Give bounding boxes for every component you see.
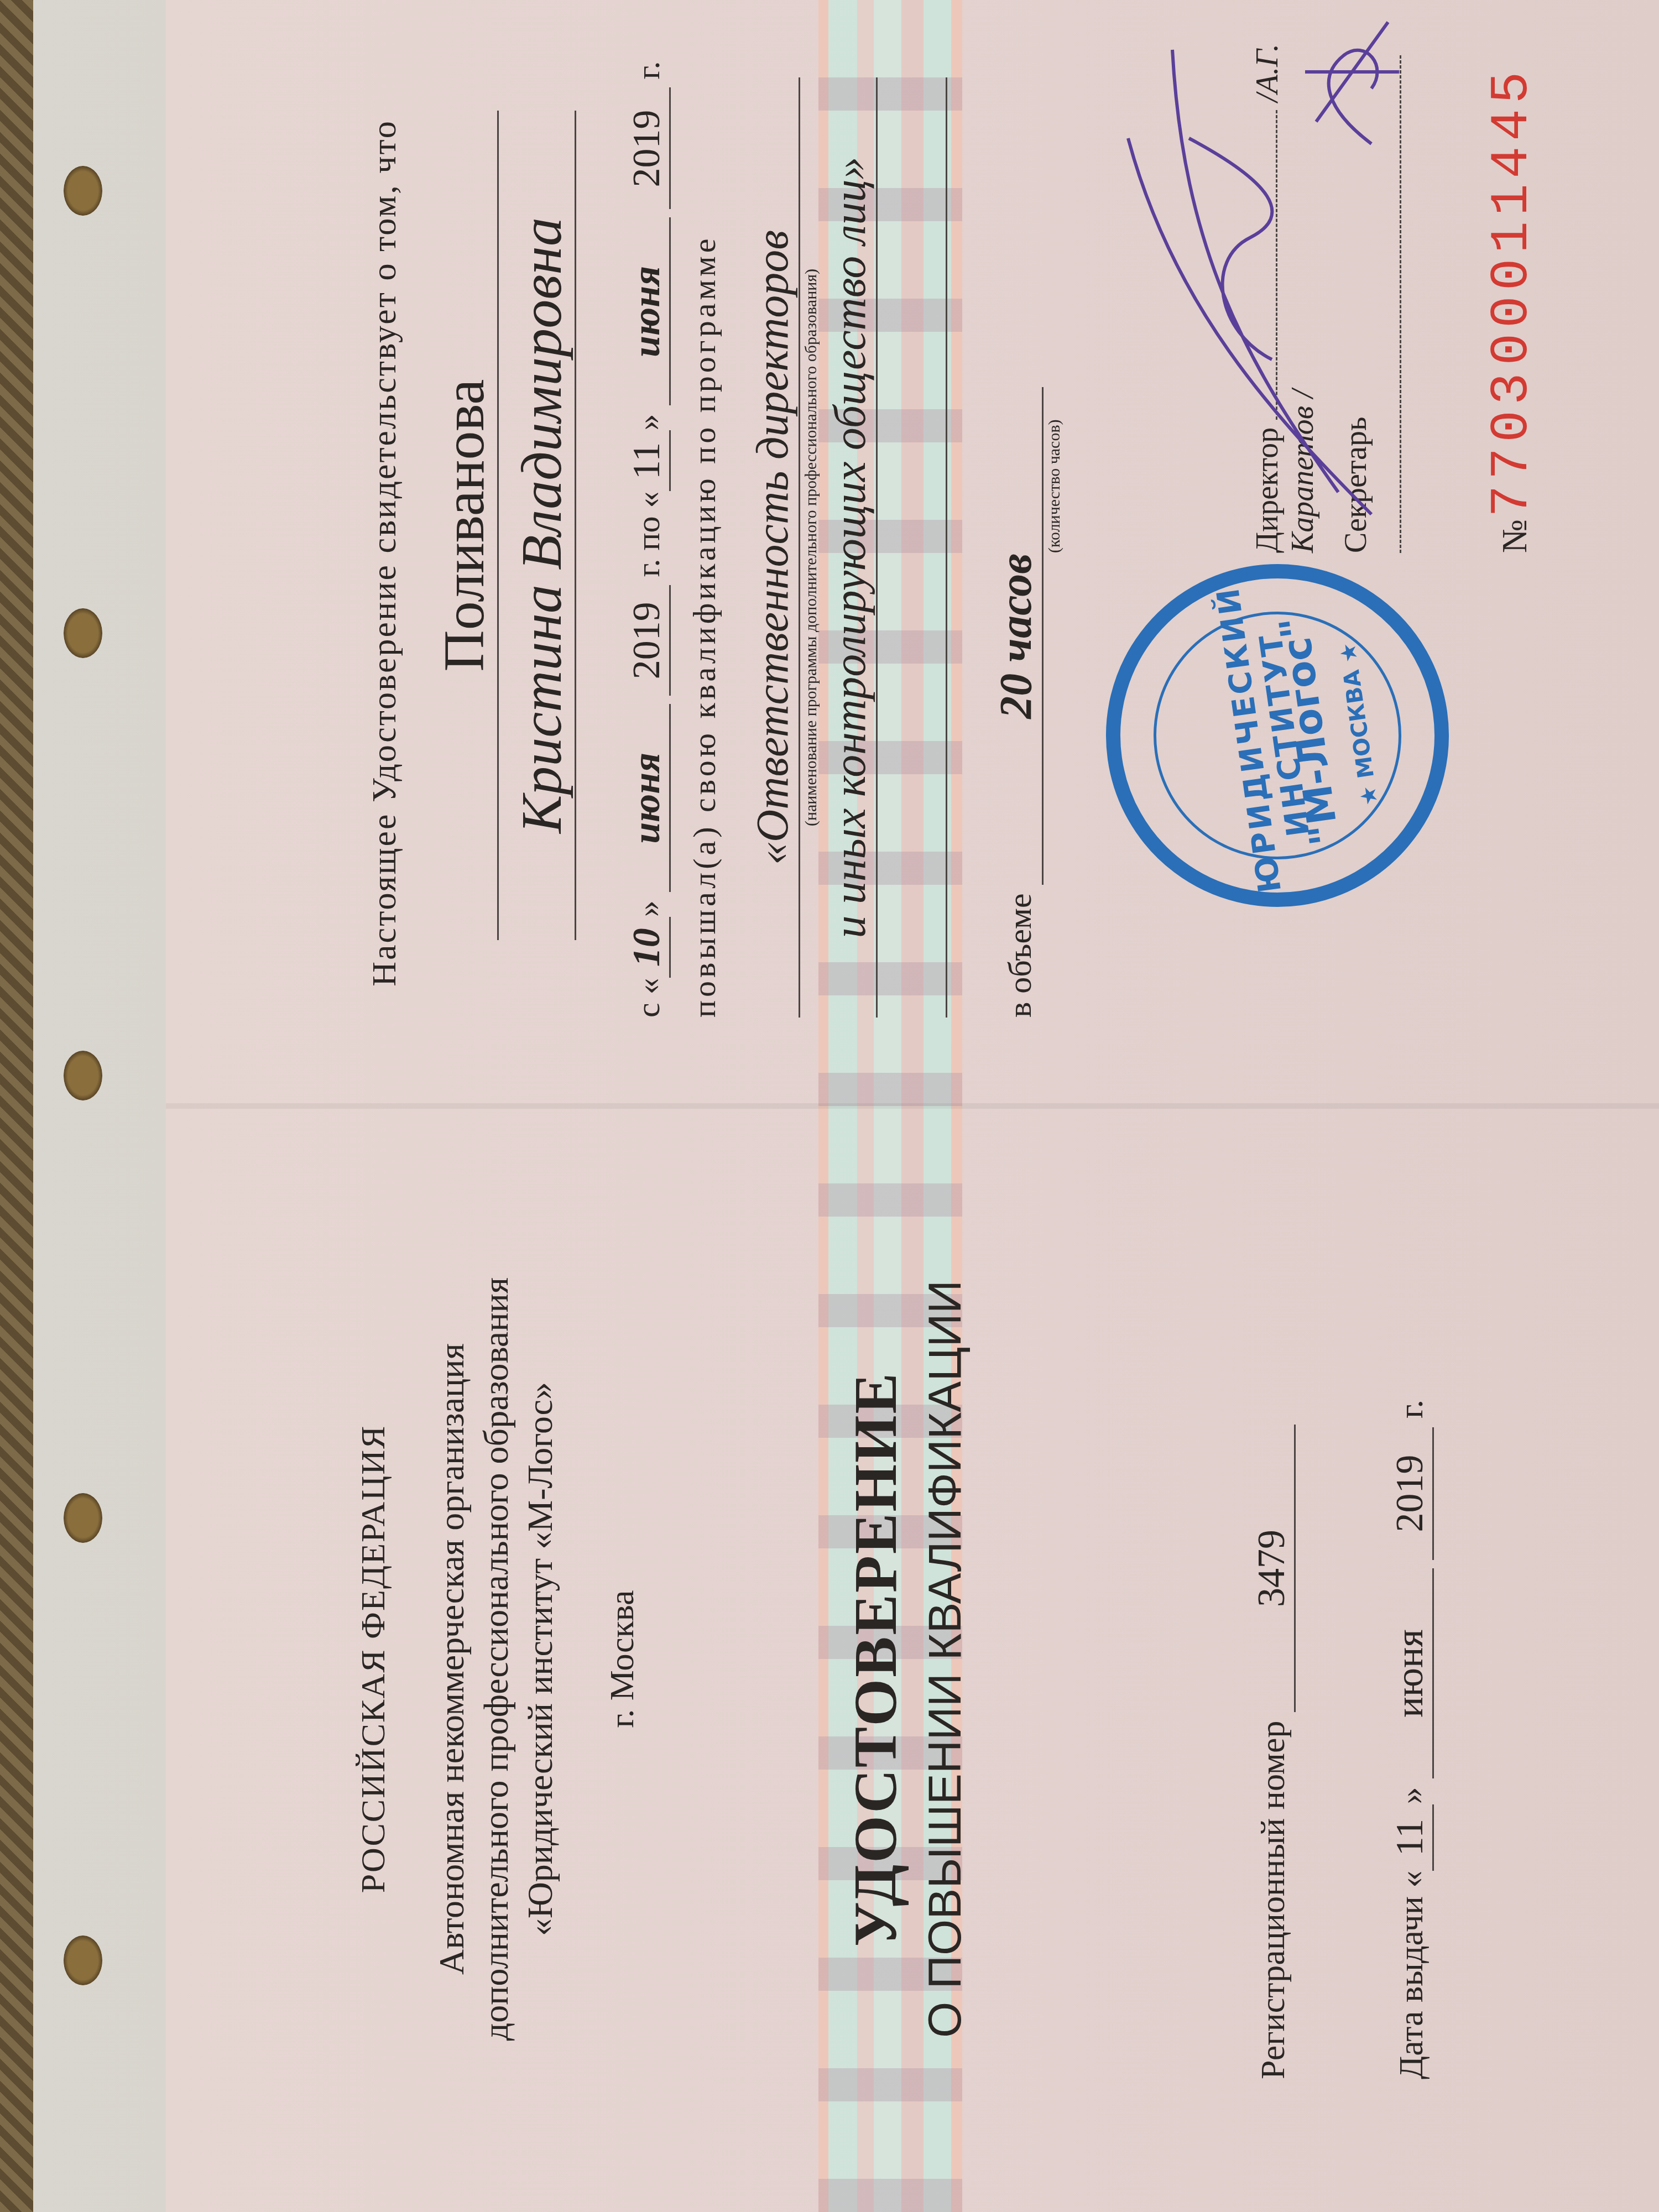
issue-year-suffix: г. — [1392, 1400, 1430, 1418]
registration-number: 3479 — [1250, 1425, 1296, 1712]
volume-label: в объеме — [1001, 893, 1038, 1018]
sleeve-hole — [64, 1051, 102, 1100]
sleeve-hole — [64, 166, 102, 216]
from-day: 10 — [625, 917, 671, 978]
to-prefix: г. по « — [630, 491, 666, 577]
study-period-row: с «10» июня 2019 г. по «11» июня 2019 г. — [625, 61, 671, 1018]
program-line-2: и иных контролирующих общество лиц» — [824, 77, 878, 1018]
surname: Поливанова — [431, 111, 499, 940]
given-names: Кристина Владимировна — [509, 111, 576, 940]
sleeve-hole — [64, 608, 102, 658]
from-prefix: с « — [630, 978, 666, 1018]
serial-number: 00011445 — [1482, 66, 1542, 366]
from-year: 2019 — [625, 585, 671, 696]
qualified-text: повышал(а) свою квалификацию по программ… — [686, 235, 723, 1018]
sleeve-hole — [64, 1493, 102, 1543]
to-year: 2019 — [625, 87, 671, 209]
serial-number-row: № 7703 00011445 — [1482, 66, 1542, 553]
quote-close: » — [630, 900, 666, 917]
registration-row: Регистрационный номер 3479 — [1250, 1425, 1296, 2079]
program-line-1: «Ответственность директоров — [747, 77, 800, 1018]
serial-series: 7703 — [1482, 368, 1542, 517]
intro-text: Настоящее Удостоверение свидетельствует … — [365, 0, 404, 1106]
certificate-cover-page: РОССИЙСКАЯ ФЕДЕРАЦИЯ Автономная некоммер… — [166, 1106, 1659, 2212]
volume-value: 20 часов — [990, 387, 1044, 885]
issue-date-label: Дата выдачи « — [1392, 1871, 1430, 2079]
from-month: июня — [625, 704, 671, 892]
program-caption: (наименование программы дополнительного … — [802, 77, 821, 1018]
institute-stamp: ЮРИДИЧЕСКИЙ ИНСТИТУТ "М-Логос" ★ МОСКВА … — [1084, 542, 1471, 929]
secretary-signature — [1294, 11, 1405, 155]
issue-day: 11 — [1388, 1804, 1434, 1871]
certificate-title: УДОСТОВЕРЕНИЕ — [841, 1106, 911, 2212]
registration-label: Регистрационный номер — [1254, 1721, 1292, 2080]
org-line-2: дополнительного профессионального образо… — [476, 1106, 517, 2212]
quote-close: » — [1392, 1787, 1430, 1804]
issue-month: июня — [1388, 1568, 1434, 1778]
volume-caption: (количество часов) — [1045, 419, 1064, 553]
certificate-subtitle: О ПОВЫШЕНИИ КВАЛИФИКАЦИИ — [918, 1106, 972, 2212]
issue-year: 2019 — [1388, 1427, 1434, 1560]
org-line-1: Автономная некоммерческая организация — [431, 1106, 472, 2212]
certificate-content-page: Настоящее Удостоверение свидетельствует … — [166, 0, 1659, 1106]
issue-date-row: Дата выдачи «11» июня 2019 г. — [1388, 1400, 1434, 2079]
to-day: 11 — [625, 430, 671, 491]
certificate-document: РОССИЙСКАЯ ФЕДЕРАЦИЯ Автономная некоммер… — [166, 0, 1659, 2212]
country-heading: РОССИЙСКАЯ ФЕДЕРАЦИЯ — [354, 1106, 393, 2212]
serial-prefix: № — [1495, 519, 1534, 553]
year-suffix: г. — [630, 61, 666, 80]
volume-row: в объеме 20 часов — [990, 387, 1044, 1018]
to-month: июня — [625, 217, 671, 405]
sleeve-hole — [64, 1936, 102, 1985]
org-line-3: «Юридический институт «М-Логос» — [520, 1106, 561, 2212]
quote-close: » — [630, 414, 666, 430]
blank-line — [901, 77, 947, 1018]
city: г. Москва — [603, 1106, 642, 2212]
